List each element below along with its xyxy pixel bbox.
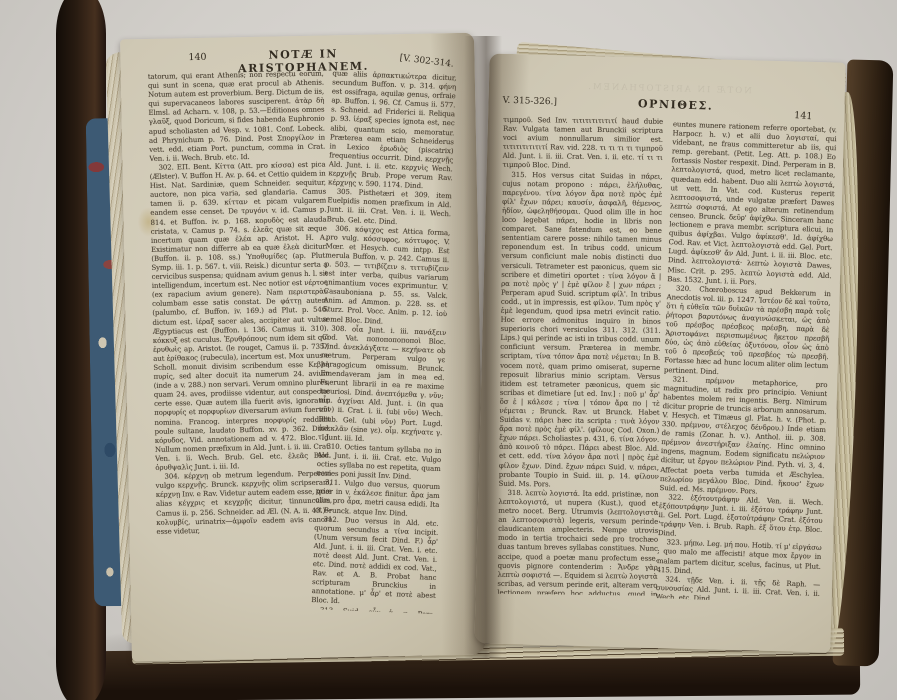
note-paragraph: 320. Chœroboscus apud Bekkerum in Anecdo…: [664, 284, 831, 381]
note-paragraph: 312. Duo versus in Ald. etc. quorum secu…: [311, 515, 439, 611]
note-paragraph: τιμπροῦ. Sed Inv. τιτιτιτιτιτιτί haud du…: [502, 116, 663, 173]
note-paragraph: tatorum, qui erant Athenis; non respectu…: [148, 70, 326, 164]
note-paragraph: 302. ΕΠ. Bent. Κίττα (Att. pro κίσσα) es…: [149, 160, 331, 473]
gutter-shadow: [464, 36, 502, 658]
note-paragraph: quæ aliis ἁρπακτικώτερα dicitur, secundu…: [328, 69, 457, 192]
note-paragraph: 315. Hos versus citat Suidas in πάρει, c…: [499, 170, 663, 490]
note-paragraph: 304. κέρχνῃ ob metrum legendum. Perperam…: [155, 470, 332, 537]
book-photo: 140 NOTÆ IN ARISTOPHANEM. [V. 302-314. t…: [0, 0, 897, 700]
left-page-columns: tatorum, qui erant Athenis; non respectu…: [148, 67, 467, 613]
right-verse-ref: V. 315-326.]: [502, 96, 557, 108]
left-page: 140 NOTÆ IN ARISTOPHANEM. [V. 302-314. t…: [120, 33, 486, 662]
note-paragraph: euntes munere rationem referre oportebat…: [667, 120, 837, 290]
right-page: NOTÆ IN ARISTOPHANEM. V. 315-326.] ΟΡΝΙΘ…: [474, 53, 845, 652]
note-paragraph: 323. μήπω. Leg. μή που. Hotib. τί μ' εἰρ…: [656, 538, 821, 580]
note-paragraph: 308. οἷα Junt. i. iii. πανάξειν Cod. Vat…: [318, 324, 447, 447]
note-paragraph: 318. λεπτὼ λογιστά. Ita edd. pristinæ, n…: [497, 489, 658, 596]
right-page-number: 141: [794, 110, 813, 122]
right-page-columns: τιμπροῦ. Sed Inv. τιτιτιτιτιτιτί haud du…: [491, 116, 837, 603]
left-page-number: 140: [188, 52, 206, 63]
note-paragraph: 322. ἐξότουτράφην Ald. Ven. ii. Wech. ἐξ…: [658, 493, 824, 544]
note-paragraph: 305. Pisthetæri et 309. item Euelpidis n…: [326, 188, 451, 229]
note-paragraph: 310. Octies tantum syllaba πο in Ald. Ju…: [316, 442, 441, 483]
left-page-column-1: tatorum, qui erant Athenis; non respectu…: [148, 70, 334, 595]
note-paragraph: 306. κόψιχος est Attica forma, pro vulg.…: [322, 224, 450, 329]
note-paragraph: 324. τῇδε Ven. i. ii. τῇς δὲ Raph. — συν…: [656, 575, 821, 604]
right-running-title: ΟΡΝΙΘΕΣ.: [557, 94, 795, 115]
right-page-column-1: τιμπροῦ. Sed Inv. τιτιτιτιτιτιτί haud du…: [497, 116, 663, 596]
left-page-column-2: quæ aliis ἁρπακτικώτερα dicitur, secundu…: [311, 69, 457, 614]
right-page-column-2: euntes munere rationem referre oportebat…: [656, 120, 837, 604]
note-paragraph: 311. Vulgo duo versus, quorum prior in v…: [315, 478, 440, 519]
note-paragraph: 321. πρέμνον metaphorice, pro magnitudin…: [659, 375, 827, 499]
